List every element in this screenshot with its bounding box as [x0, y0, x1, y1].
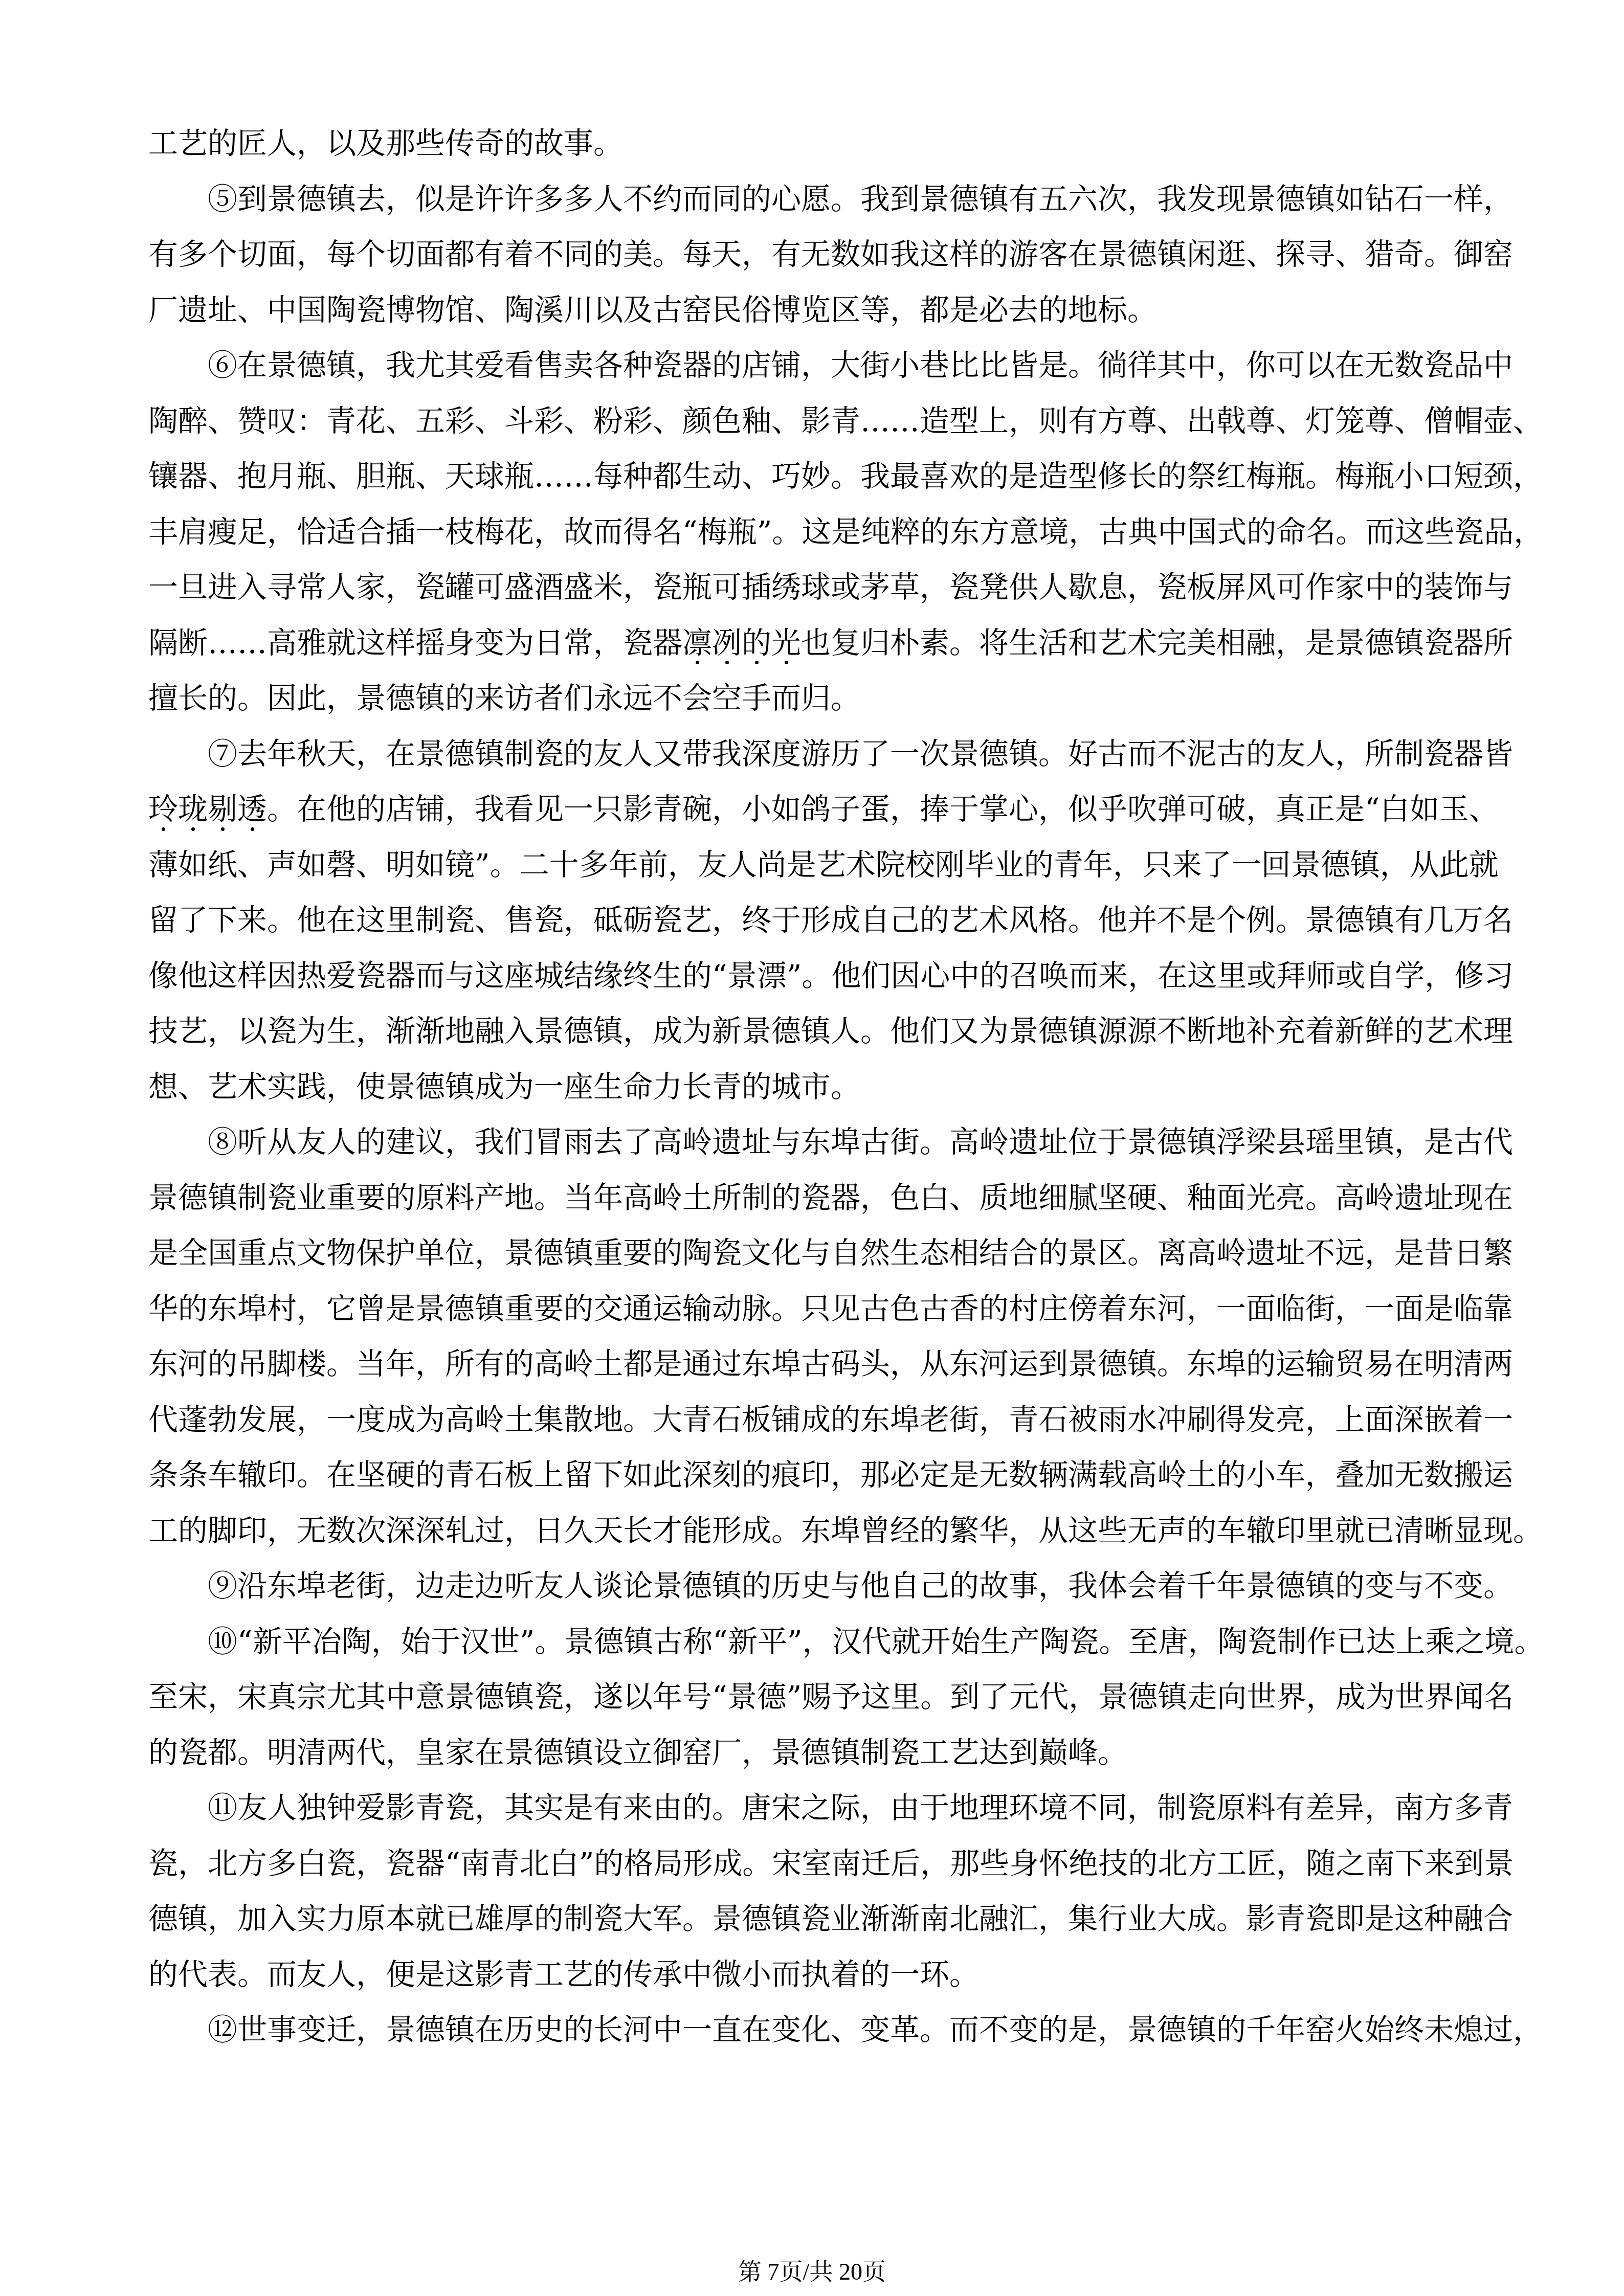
text-line: 条条车辙印。在坚硬的青石板上留下如此深刻的痕印，那必定是无数辆满载高岭土的小车，… [148, 1447, 1478, 1503]
text-line: 华的东埠村，它曾是景德镇重要的交通运输动脉。只见古色古香的村庄傍着东河，一面临街… [148, 1281, 1478, 1337]
emphasis-dot-char: 凛 [682, 615, 712, 671]
text-line: 的瓷都。明清两代，皇家在景德镇设立御窑厂，景德镇制瓷工艺达到巅峰。 [148, 1725, 1478, 1781]
text-line: 工艺的匠人，以及那些传奇的故事。 [148, 116, 1478, 171]
text-line: 一旦进入寻常人家，瓷罐可盛酒盛米，瓷瓶可插绣球或茅草，瓷凳供人歇息，瓷板屏风可作… [148, 559, 1478, 615]
emphasis-dot-char: 的 [742, 615, 771, 671]
text-line: 留了下来。他在这里制瓷、售瓷，砥砺瓷艺，终于形成自己的艺术风格。他并不是个例。景… [148, 892, 1478, 948]
document-page: 工艺的匠人，以及那些传奇的故事。 ⑤到景德镇去，似是许许多多人不约而同的心愿。我… [0, 0, 1624, 2296]
text-segment: 也复归朴素。将生活和艺术完美相融，是景德镇瓷器所 [801, 625, 1513, 660]
text-line: 是全国重点文物保护单位，景德镇重要的陶瓷文化与自然生态相结合的景区。离高岭遗址不… [148, 1225, 1478, 1281]
emphasized-phrase: 凛冽的光 [682, 625, 801, 660]
paragraph-8-line: ⑧听从友人的建议，我们冒雨去了高岭遗址与东埠古街。高岭遗址位于景德镇浮梁县瑶里镇… [148, 1114, 1478, 1170]
text-segment: 隔断……高雅就这样摇身变为日常，瓷器 [148, 625, 682, 660]
text-line: 有多个切面，每个切面都有着不同的美。每天，有无数如我这样的游客在景德镇闲逛、探寻… [148, 227, 1478, 282]
emphasized-phrase: 玲珑剔透 [148, 792, 267, 826]
emphasis-dot-char: 冽 [712, 615, 742, 671]
emphasis-dot-char: 光 [771, 615, 801, 671]
text-line: 想、艺术实践，使景德镇成为一座生命力长青的城市。 [148, 1059, 1478, 1115]
text-line: 瓷，北方多白瓷，瓷器“南青北白”的格局形成。宋室南迁后，那些身怀绝技的北方工匠，… [148, 1836, 1478, 1892]
text-line-with-emphasis: 隔断……高雅就这样摇身变为日常，瓷器凛冽的光也复归朴素。将生活和艺术完美相融，是… [148, 615, 1478, 671]
text-line: 陶醉、赞叹：青花、五彩、斗彩、粉彩、颜色釉、影青……造型上，则有方尊、出戟尊、灯… [148, 393, 1478, 449]
text-line: 代蓬勃发展，一度成为高岭土集散地。大青石板铺成的东埠老街，青石被雨水冲刷得发亮，… [148, 1392, 1478, 1448]
text-line: 薄如纸、声如磬、明如镜”。二十多年前，友人尚是艺术院校刚毕业的青年，只来了一回景… [148, 837, 1478, 893]
text-line: 景德镇制瓷业重要的原料产地。当年高岭土所制的瓷器，色白、质地细腻坚硬、釉面光亮。… [148, 1170, 1478, 1226]
text-line-with-emphasis: 玲珑剔透。在他的店铺，我看见一只影青碗，小如鸽子蛋，捧于掌心，似乎吹弹可破，真正… [148, 781, 1478, 837]
text-line: 像他这样因热爱瓷器而与这座城结缘终生的“景漂”。他们因心中的召唤而来，在这里或拜… [148, 948, 1478, 1004]
text-line: 的代表。而友人，便是这影青工艺的传承中微小而执着的一环。 [148, 1947, 1478, 2002]
text-line: 丰肩瘦足，恰适合插一枝梅花，故而得名“梅瓶”。这是纯粹的东方意境，古典中国式的命… [148, 504, 1478, 560]
page-number: 第 7页/共 20页 [0, 2254, 1624, 2290]
paragraph-10-line: ⑩“新平冶陶，始于汉世”。景德镇古称“新平”，汉代就开始生产陶瓷。至唐，陶瓷制作… [148, 1614, 1478, 1670]
text-line: 厂遗址、中国陶瓷博物馆、陶溪川以及古窑民俗博览区等，都是必去的地标。 [148, 282, 1478, 338]
emphasis-dot-char: 玲 [148, 781, 178, 837]
paragraph-7-line: ⑦去年秋天，在景德镇制瓷的友人又带我深度游历了一次景德镇。好古而不泥古的友人，所… [148, 726, 1478, 782]
text-line: 镶器、抱月瓶、胆瓶、天球瓶……每种都生动、巧妙。我最喜欢的是造型修长的祭红梅瓶。… [148, 448, 1478, 504]
emphasis-dot-char: 珑 [178, 781, 208, 837]
paragraph-11-line: ⑪友人独钟爱影青瓷，其实是有来由的。唐宋之际，由于地理环境不同，制瓷原料有差异，… [148, 1780, 1478, 1836]
emphasis-dot-char: 透 [237, 781, 267, 837]
text-line: 工的脚印，无数次深深轧过，日久天长才能形成。东埠曾经的繁华，从这些无声的车辙印里… [148, 1503, 1478, 1559]
text-line: 技艺，以瓷为生，渐渐地融入景德镇，成为新景德镇人。他们又为景德镇源源不断地补充着… [148, 1003, 1478, 1059]
text-line: 德镇，加入实力原本就已雄厚的制瓷大军。景德镇瓷业渐渐南北融汇，集行业大成。影青瓷… [148, 1891, 1478, 1947]
article-body: 工艺的匠人，以及那些传奇的故事。 ⑤到景德镇去，似是许许多多人不约而同的心愿。我… [148, 116, 1478, 2058]
paragraph-12-line: ⑫世事变迁，景德镇在历史的长河中一直在变化、变革。而不变的是，景德镇的千年窑火始… [148, 2002, 1478, 2058]
text-line: 擅长的。因此，景德镇的来访者们永远不会空手而归。 [148, 670, 1478, 726]
paragraph-5-line: ⑤到景德镇去，似是许许多多人不约而同的心愿。我到景德镇有五六次，我发现景德镇如钻… [148, 171, 1478, 227]
text-line: 东河的吊脚楼。当年，所有的高岭土都是通过东埠古码头，从东河运到景德镇。东埠的运输… [148, 1336, 1478, 1392]
paragraph-6-line: ⑥在景德镇，我尤其爱看售卖各种瓷器的店铺，大街小巷比比皆是。徜徉其中，你可以在无… [148, 337, 1478, 393]
text-segment: 。在他的店铺，我看见一只影青碗，小如鸽子蛋，捧于掌心，似乎吹弹可破，真正是“白如… [267, 792, 1499, 826]
paragraph-9-line: ⑨沿东埠老街，边走边听友人谈论景德镇的历史与他自己的故事，我体会着千年景德镇的变… [148, 1558, 1478, 1614]
emphasis-dot-char: 剔 [208, 781, 237, 837]
text-line: 至宋，宋真宗尤其中意景德镇瓷，遂以年号“景德”赐予这里。到了元代，景德镇走向世界… [148, 1669, 1478, 1725]
